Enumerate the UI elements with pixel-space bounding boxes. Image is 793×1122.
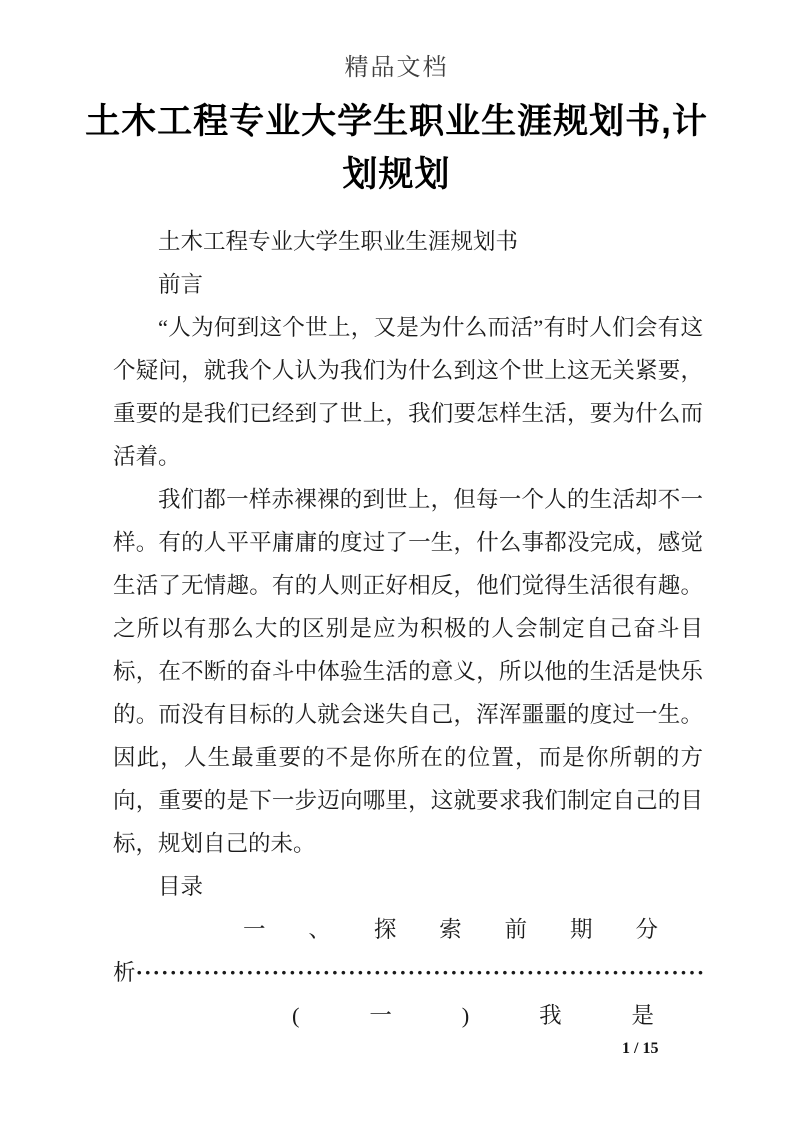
paragraph-intro-2: 我们都一样赤裸裸的到世上，但每一个人的生活却不一样。有的人平平庸庸的度过了一生，… xyxy=(113,478,703,865)
page-number: 1 / 15 xyxy=(622,1040,658,1058)
document-title: 土木工程专业大学生职业生涯规划书,计 划规划 xyxy=(0,95,793,201)
title-line-2: 划规划 xyxy=(0,148,793,201)
document-body: 土木工程专业大学生职业生涯规划书 前言 “人为何到这个世上，又是为什么而活”有时… xyxy=(113,220,703,1037)
watermark-header: 精品文档 xyxy=(0,0,793,81)
toc-entry-1-line-2: 析·······································… xyxy=(113,951,703,994)
toc-entry-1-text: 析 xyxy=(113,960,136,985)
toc-entry-1-line-1: 一、探索前期分 xyxy=(243,908,658,951)
title-line-1: 土木工程专业大学生职业生涯规划书,计 xyxy=(0,95,793,148)
paragraph-foreword-label: 前言 xyxy=(113,263,703,306)
toc-dot-leader: ········································… xyxy=(136,960,703,985)
document-page: 精品文档 土木工程专业大学生职业生涯规划书,计 划规划 土木工程专业大学生职业生… xyxy=(0,0,793,1122)
paragraph-intro-1: “人为何到这个世上，又是为什么而活”有时人们会有这个疑问，就我个人认为我们为什么… xyxy=(113,306,703,478)
paragraph-subtitle: 土木工程专业大学生职业生涯规划书 xyxy=(113,220,703,263)
toc-label: 目录 xyxy=(113,865,703,908)
toc-entry-2: (一)我是 xyxy=(292,994,654,1037)
